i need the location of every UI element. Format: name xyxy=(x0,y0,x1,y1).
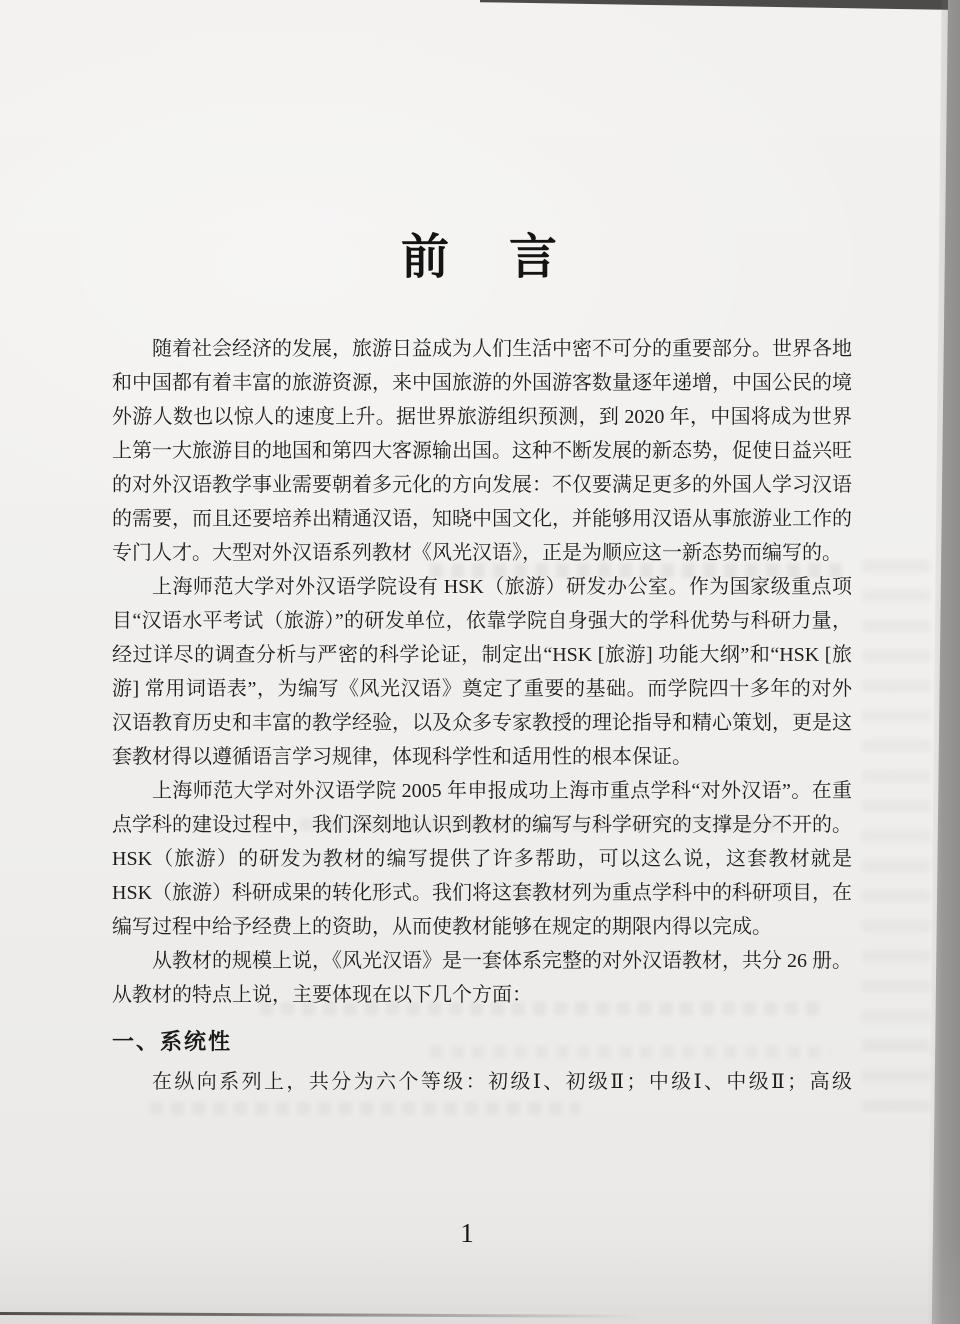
paragraph-3: 上海师范大学对外汉语学院 2005 年申报成功上海市重点学科“对外汉语”。在重点… xyxy=(112,774,852,944)
paragraph-1: 随着社会经济的发展，旅游日益成为人们生活中密不可分的重要部分。世界各地和中国都有… xyxy=(112,332,852,570)
section-heading-systematicness: 一、系统性 xyxy=(112,1027,852,1057)
section-paragraph: 在纵向系列上，共分为六个等级：初级Ⅰ、初级Ⅱ；中级Ⅰ、中级Ⅱ；高级 xyxy=(112,1065,852,1099)
bleedthrough-artifact xyxy=(150,1102,580,1115)
paragraph-2: 上海师范大学对外汉语学院设有 HSK（旅游）研发办公室。作为国家级重点项目“汉语… xyxy=(112,570,852,774)
page-number: 1 xyxy=(112,1218,822,1249)
scanned-book-page: 前 言 随着社会经济的发展，旅游日益成为人们生活中密不可分的重要部分。世界各地和… xyxy=(0,0,960,1324)
page-title: 前 言 xyxy=(112,228,852,288)
preface-body: 随着社会经济的发展，旅游日益成为人们生活中密不可分的重要部分。世界各地和中国都有… xyxy=(112,332,852,1099)
preface-content: 前 言 随着社会经济的发展，旅游日益成为人们生活中密不可分的重要部分。世界各地和… xyxy=(112,0,852,1099)
paragraph-4: 从教材的规模上说，《风光汉语》是一套体系完整的对外汉语教材，共分 26 册。从教… xyxy=(112,944,852,1012)
bleedthrough-artifact xyxy=(862,560,930,1120)
